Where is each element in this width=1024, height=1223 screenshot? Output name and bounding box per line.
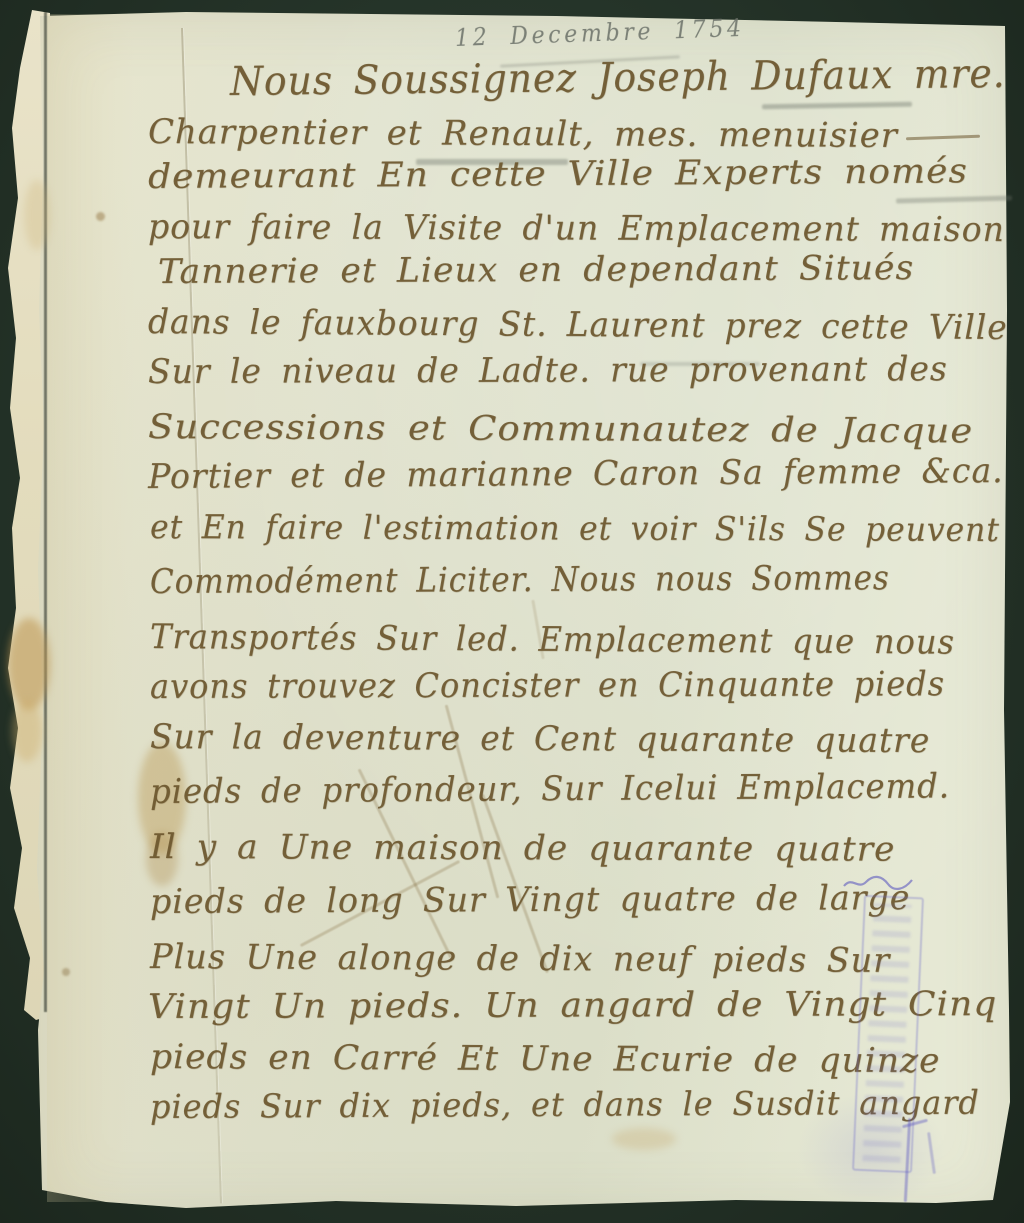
manuscript-line: pieds en Carré Et Une Ecurie de quinze <box>150 1040 941 1078</box>
manuscript-line: Nous Soussignez Joseph Dufaux mre. <box>230 54 1006 102</box>
manuscript-line: Plus Une alonge de dix neuf pieds Sur <box>150 940 890 978</box>
manuscript-line: Transportés Sur led. Emplacement que nou… <box>150 620 955 660</box>
manuscript-line: Portier et de marianne Caron Sa femme &c… <box>148 454 1004 494</box>
manuscript-line: Successions et Communautez de Jacque <box>148 410 973 448</box>
archive-stamp <box>852 895 924 1173</box>
manuscript-line: Sur la deventure et Cent quarante quatre <box>150 720 930 758</box>
paper-stain <box>24 180 50 250</box>
paper-stain <box>12 700 42 762</box>
paper-stain <box>8 618 50 710</box>
manuscript-line: pieds de profondeur, Sur Icelui Emplacem… <box>150 769 950 809</box>
manuscript-line: pieds de long Sur Vingt quatre de large <box>150 881 911 919</box>
manuscript-line: et En faire l'estimation et voir S'ils S… <box>150 510 1000 546</box>
photo-background: 12 Decembre 1754 Nous Soussignez Joseph … <box>0 0 1024 1223</box>
manuscript-line: Commodément Liciter. Nous nous Sommes <box>150 561 890 599</box>
manuscript-line: Sur le niveau de Ladte. rue provenant de… <box>148 352 948 389</box>
manuscript-line: avons trouvez Concister en Cinquante pie… <box>150 667 945 704</box>
blue-pencil-scribble <box>842 872 914 894</box>
manuscript-line: dans le fauxbourg St. Laurent prez cette… <box>148 305 1008 345</box>
foxing-dot <box>96 212 105 221</box>
manuscript-line: pour faire la Visite d'un Emplacement ma… <box>148 210 1005 247</box>
foxing-dot <box>62 968 70 976</box>
manuscript-line: demeurant En cette Ville Experts només <box>148 154 968 194</box>
paper-stain <box>612 1128 676 1150</box>
manuscript-line: Il y a Une maison de quarante quatre <box>150 830 896 867</box>
manuscript-line: Charpentier et Renault, mes. menuisier <box>148 115 898 153</box>
manuscript-line: Tannerie et Lieux en dependant Situés <box>158 251 914 289</box>
